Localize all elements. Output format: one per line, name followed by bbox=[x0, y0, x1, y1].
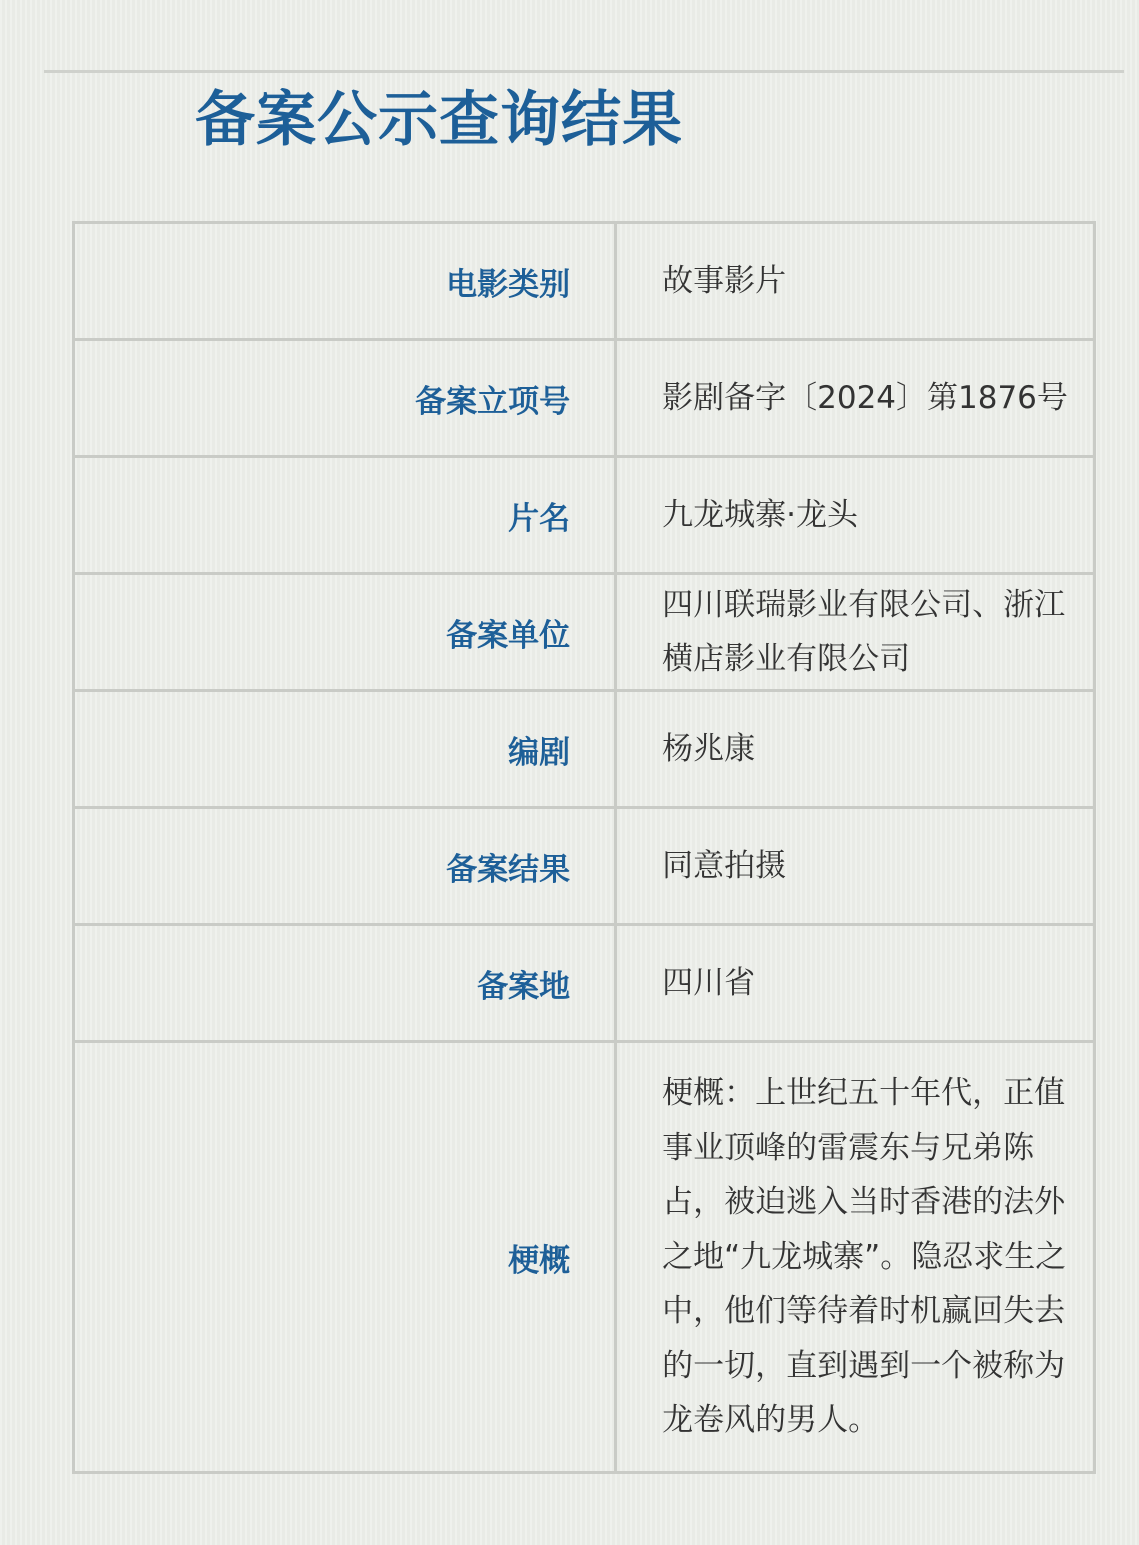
field-label: 备案单位 bbox=[74, 574, 616, 691]
field-value: 杨兆康 bbox=[616, 691, 1095, 808]
field-label: 备案结果 bbox=[74, 808, 616, 925]
table-row-film-category: 电影类别 故事影片 bbox=[74, 223, 1095, 340]
table-row-film-title: 片名 九龙城寨·龙头 bbox=[74, 457, 1095, 574]
table-row-filing-result: 备案结果 同意拍摄 bbox=[74, 808, 1095, 925]
field-value: 故事影片 bbox=[616, 223, 1095, 340]
field-value: 同意拍摄 bbox=[616, 808, 1095, 925]
field-label: 片名 bbox=[74, 457, 616, 574]
table-row-filing-company: 备案单位 四川联瑞影业有限公司、浙江横店影业有限公司 bbox=[74, 574, 1095, 691]
field-label: 梗概 bbox=[74, 1042, 616, 1473]
table-row-filing-number: 备案立项号 影剧备字〔2024〕第1876号 bbox=[74, 340, 1095, 457]
field-value: 九龙城寨·龙头 bbox=[616, 457, 1095, 574]
table-row-screenwriter: 编剧 杨兆康 bbox=[74, 691, 1095, 808]
field-value: 四川联瑞影业有限公司、浙江横店影业有限公司 bbox=[616, 574, 1095, 691]
field-label: 备案立项号 bbox=[74, 340, 616, 457]
top-divider bbox=[44, 70, 1124, 73]
table-row-filing-location: 备案地 四川省 bbox=[74, 925, 1095, 1042]
field-label: 备案地 bbox=[74, 925, 616, 1042]
field-label: 电影类别 bbox=[74, 223, 616, 340]
page-title: 备案公示查询结果 bbox=[195, 80, 683, 160]
field-value: 影剧备字〔2024〕第1876号 bbox=[616, 340, 1095, 457]
field-value: 梗概：上世纪五十年代，正值事业顶峰的雷震东与兄弟陈占，被迫逃入当时香港的法外之地… bbox=[616, 1042, 1095, 1473]
field-value: 四川省 bbox=[616, 925, 1095, 1042]
table-row-synopsis: 梗概 梗概：上世纪五十年代，正值事业顶峰的雷震东与兄弟陈占，被迫逃入当时香港的法… bbox=[74, 1042, 1095, 1473]
field-label: 编剧 bbox=[74, 691, 616, 808]
filing-result-table: 电影类别 故事影片 备案立项号 影剧备字〔2024〕第1876号 片名 九龙城寨… bbox=[72, 221, 1096, 1474]
